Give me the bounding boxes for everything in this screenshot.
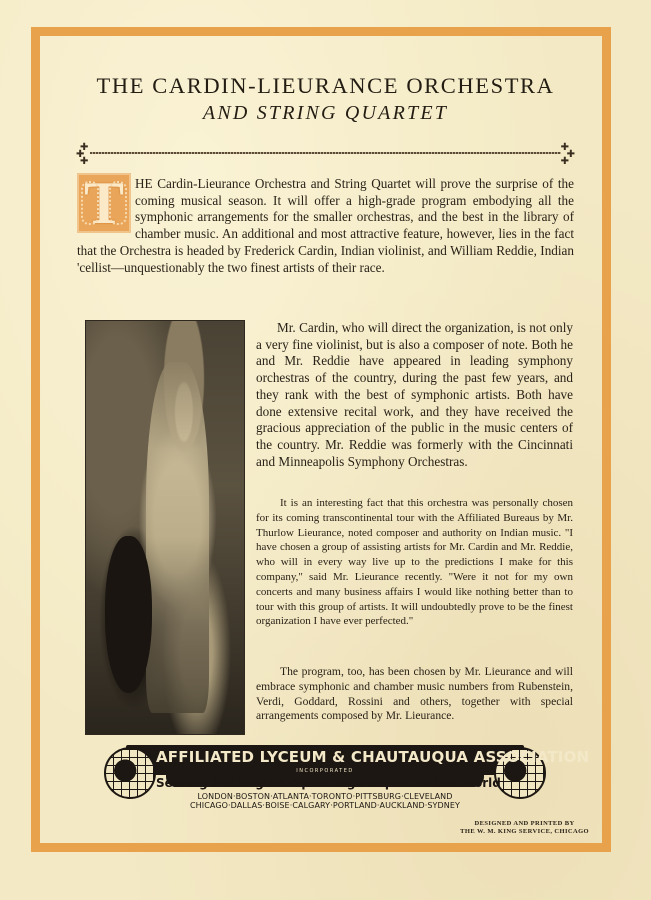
intro-paragraph: HE Cardin-Lieurance Orchestra and String…	[77, 176, 574, 276]
incorporated-label: INCORPORATED	[96, 768, 554, 774]
photo-cello	[105, 536, 152, 693]
printer-line-2: THE W. M. KING SERVICE, CHICAGO	[460, 828, 589, 836]
cities-line-2: CHICAGO·DALLAS·BOISE·CALGARY·PORTLAND·AU…	[156, 801, 494, 810]
association-name: AFFILIATED LYCEUM & CHAUTAUQUA ASSOCIATI…	[156, 748, 494, 766]
photo-figure	[146, 362, 209, 713]
ornament-icon: ✚	[80, 157, 88, 167]
ornament-icon: ✚	[561, 157, 569, 167]
association-tagline: Serving the English-Speaking Peoples of …	[156, 776, 494, 790]
body-paragraph-lieurance-quote: It is an interesting fact that this orch…	[256, 496, 573, 629]
portrait-photo	[85, 320, 245, 735]
page-subtitle: AND STRING QUARTET	[40, 102, 611, 125]
cities-line-1: LONDON·BOSTON·ATLANTA·TORONTO·PITTSBURG·…	[156, 792, 494, 801]
body-paragraph-cardin: Mr. Cardin, who will direct the organiza…	[256, 320, 573, 470]
ornamental-divider: ✚ ✚ ✚ ✚ ✚ ✚	[80, 143, 571, 165]
body-paragraph-program: The program, too, has been chosen by Mr.…	[256, 665, 573, 724]
intro-text: HE Cardin-Lieurance Orchestra and String…	[77, 176, 574, 275]
page-title: THE CARDIN-LIEURANCE ORCHESTRA	[40, 73, 611, 99]
printer-line-1: DESIGNED AND PRINTED BY	[460, 820, 589, 828]
association-banner: AFFILIATED LYCEUM & CHAUTAUQUA ASSOCIATI…	[96, 745, 554, 813]
divider-line	[90, 152, 561, 154]
printer-credit: DESIGNED AND PRINTED BY THE W. M. KING S…	[460, 820, 589, 836]
